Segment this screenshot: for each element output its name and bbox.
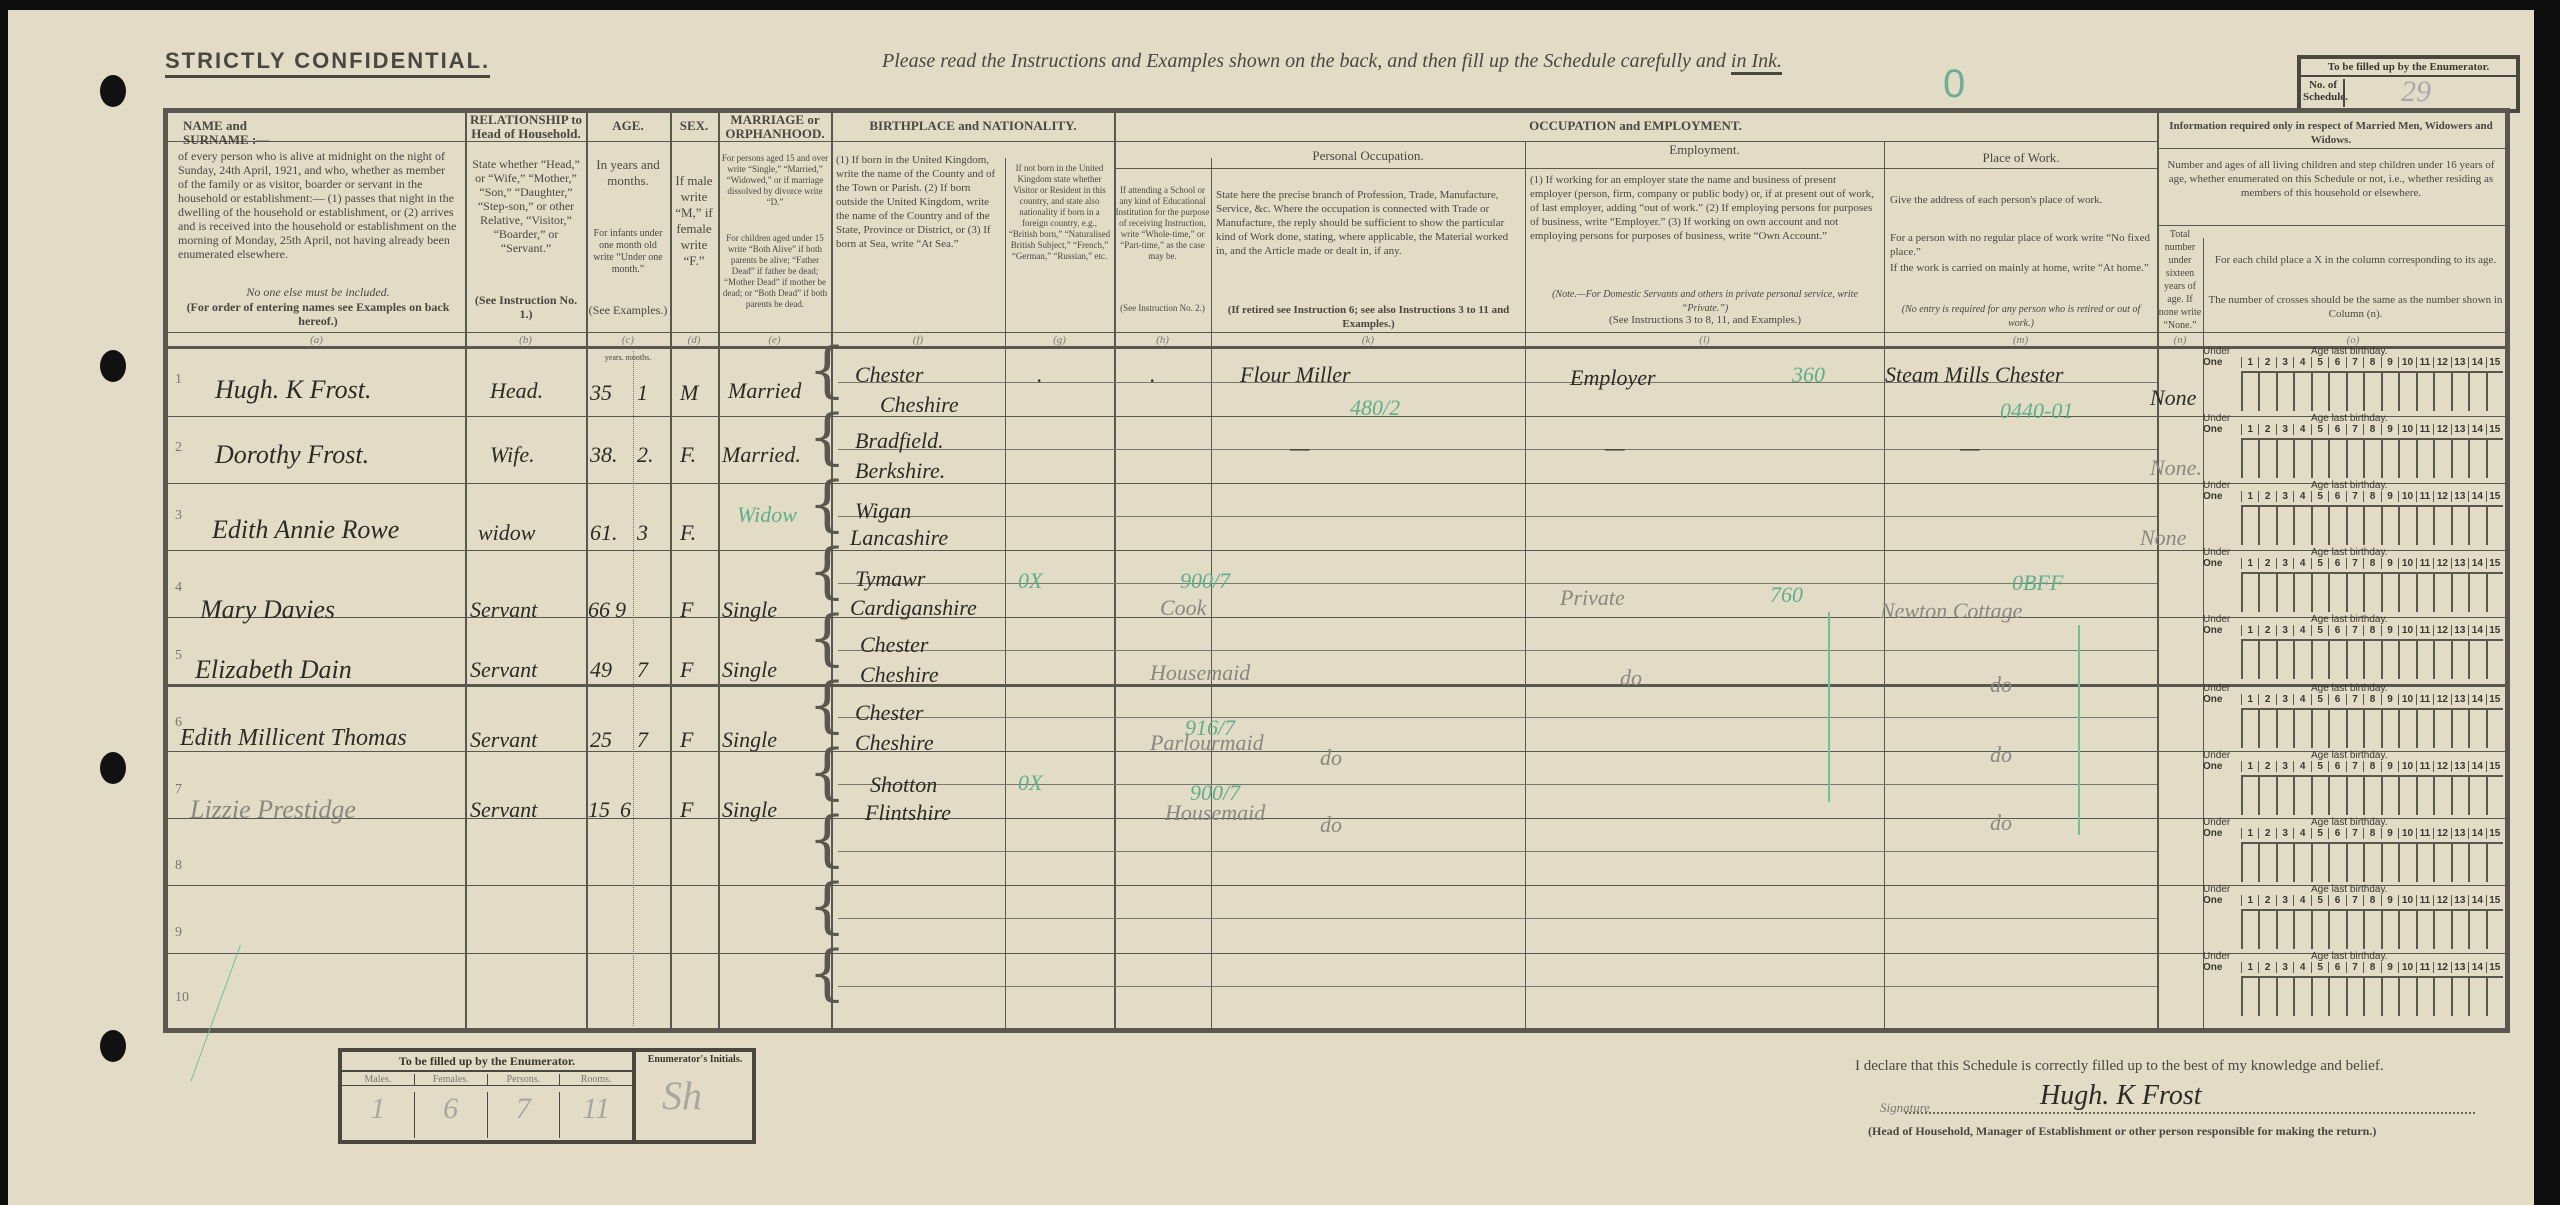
age-years: 61. bbox=[590, 520, 618, 546]
children-count: None bbox=[2140, 525, 2186, 551]
employment: — bbox=[1605, 435, 1625, 461]
col-letter-o: (o) bbox=[2203, 334, 2503, 346]
row-number: 7 bbox=[175, 782, 182, 798]
relationship: Servant bbox=[470, 657, 537, 683]
occupation-code: 916/7 bbox=[1185, 715, 1235, 741]
occupation-code: 480/2 bbox=[1350, 395, 1400, 421]
row-number: 8 bbox=[175, 858, 182, 874]
relationship: Servant bbox=[470, 797, 537, 823]
employment: do bbox=[1320, 745, 1342, 771]
col-e-title: MARRIAGE or ORPHANHOOD. bbox=[720, 113, 830, 141]
occupation: Cook bbox=[1160, 595, 1206, 621]
age-months: 2. bbox=[637, 442, 654, 468]
occupation-title: OCCUPATION and EMPLOYMENT. bbox=[1118, 119, 2153, 133]
occupation-code: 900/7 bbox=[1190, 780, 1240, 806]
punch-hole bbox=[100, 75, 126, 107]
schedule-number-label: No. of Schedule. bbox=[2303, 79, 2345, 107]
col-m-title: Place of Work. bbox=[1886, 151, 2156, 165]
col-k-note: (If retired see Instruction 6; see also … bbox=[1216, 303, 1521, 331]
birth-town: Chester bbox=[855, 362, 923, 388]
employment: do bbox=[1620, 665, 1642, 691]
sex: M bbox=[680, 380, 698, 406]
col-g-text: If not born in the United Kingdom state … bbox=[1007, 163, 1112, 262]
col-c-small: For infants under one month old write “U… bbox=[588, 228, 668, 276]
age-years: 25 bbox=[590, 727, 612, 753]
birth-county: Flintshire bbox=[865, 800, 951, 826]
sex: F bbox=[680, 657, 693, 683]
col-letter-f: (f) bbox=[831, 334, 1005, 346]
occupation: — bbox=[1290, 435, 1310, 461]
marital-status-correction: Widow bbox=[737, 502, 797, 528]
instructions-emphasis: in Ink. bbox=[1731, 50, 1782, 75]
col-a-note: No one else must be included. bbox=[178, 285, 458, 299]
person-name: Dorothy Frost. bbox=[215, 440, 369, 470]
summary-heading: To be filled up by the Enumerator. bbox=[342, 1052, 632, 1072]
col-c-note: (See Examples.) bbox=[588, 303, 668, 317]
signature: Hugh. K Frost bbox=[2040, 1080, 2202, 1112]
occupation-code: 900/7 bbox=[1180, 568, 1230, 594]
married-title: Information required only in respect of … bbox=[2161, 119, 2501, 147]
sex: F. bbox=[680, 520, 696, 546]
birth-county: Cardiganshire bbox=[850, 595, 977, 621]
census-table: NAME and SURNAME :— of every person who … bbox=[163, 108, 2510, 1033]
schedule-number-box: To be filled up by the Enumerator. No. o… bbox=[2297, 55, 2520, 113]
col-d-text: If male write “M,” if female write “F.” bbox=[672, 173, 716, 269]
col-l-text: (1) If working for an employer state the… bbox=[1530, 173, 1880, 243]
col-o-text2: The number of crosses should be the same… bbox=[2208, 293, 2503, 321]
place-code: 0440-01 bbox=[2000, 398, 2073, 424]
relationship: Servant bbox=[470, 597, 537, 623]
person-name: Edith Millicent Thomas bbox=[180, 725, 407, 752]
place-of-work: Newton Cottage bbox=[1880, 598, 2022, 624]
col-b-note: (See Instruction No. 1.) bbox=[468, 293, 584, 321]
marital-status: Single bbox=[722, 727, 777, 753]
relationship: Wife. bbox=[490, 442, 535, 468]
col-e-text: For persons aged 15 and over write “Sing… bbox=[720, 153, 830, 208]
birth-town: Chester bbox=[855, 700, 923, 726]
place-of-work: — bbox=[1960, 435, 1980, 461]
place-of-work: Steam Mills Chester bbox=[1885, 362, 2063, 388]
relationship: Servant bbox=[470, 727, 537, 753]
place-code: 0BFF bbox=[2012, 570, 2063, 596]
col-b-title: RELATIONSHIP to Head of Household. bbox=[468, 113, 584, 141]
initials-label: Enumerator's Initials. bbox=[638, 1054, 752, 1065]
person-name: Lizzie Prestidge bbox=[190, 795, 356, 825]
occupation: Housemaid bbox=[1150, 660, 1250, 686]
col-letter-l: (l) bbox=[1525, 334, 1884, 346]
col-c-text: In years and months. bbox=[588, 157, 668, 189]
punch-hole bbox=[100, 350, 126, 382]
employment-code: 360 bbox=[1792, 362, 1825, 388]
sex: F. bbox=[680, 442, 696, 468]
sex: F bbox=[680, 727, 693, 753]
birth-county: Berkshire. bbox=[855, 458, 945, 484]
place-of-work: do bbox=[1990, 672, 2012, 698]
col-a-title: NAME and SURNAME :— bbox=[183, 119, 293, 147]
age-years: 49 bbox=[590, 657, 612, 683]
person-name: Mary Davies bbox=[200, 595, 335, 625]
col-l-title: Employment. bbox=[1527, 143, 1882, 157]
col-n-text: Total number under sixteen years of age.… bbox=[2158, 228, 2202, 332]
place-of-work: do bbox=[1990, 742, 2012, 768]
enumerator-summary-box: To be filled up by the Enumerator. Enume… bbox=[338, 1048, 756, 1144]
birth-town: Chester bbox=[860, 632, 928, 658]
page-title: STRICTLY CONFIDENTIAL. bbox=[165, 48, 490, 78]
col-o-text: For each child place a X in the column c… bbox=[2208, 253, 2503, 267]
row-number: 4 bbox=[175, 580, 182, 596]
col-letter-a: (a) bbox=[168, 334, 465, 346]
relationship: widow bbox=[478, 520, 535, 546]
col-letter-m: (m) bbox=[1884, 334, 2157, 346]
instructions-text: Please read the Instructions and Example… bbox=[882, 50, 1731, 72]
col-m-note: (No entry is required for any person who… bbox=[1890, 303, 2152, 331]
age-months: 1 bbox=[637, 380, 648, 406]
col-d-title: SEX. bbox=[672, 119, 716, 133]
row-number: 3 bbox=[175, 508, 182, 524]
row-number: 1 bbox=[175, 372, 182, 388]
signature-line bbox=[1905, 1112, 2475, 1114]
employment-code: 760 bbox=[1770, 582, 1803, 608]
annotation-line bbox=[2078, 625, 2080, 835]
relationship: Head. bbox=[490, 378, 543, 404]
annotation-line bbox=[1828, 612, 1830, 802]
sex: F bbox=[680, 597, 693, 623]
nationality-code: 0X bbox=[1018, 568, 1042, 594]
age-months: 3 bbox=[637, 520, 648, 546]
declaration-text: I declare that this Schedule is correctl… bbox=[1855, 1058, 2384, 1075]
age-years: 35 bbox=[590, 380, 612, 406]
row-number: 5 bbox=[175, 648, 182, 664]
col-c-title: AGE. bbox=[588, 119, 668, 133]
col-letter-c: (c) bbox=[586, 334, 670, 346]
col-m-text2: For a person with no regular place of wo… bbox=[1890, 231, 2152, 259]
col-l-note2: (See Instructions 3 to 8, 11, and Exampl… bbox=[1530, 313, 1880, 327]
person-name: Elizabeth Dain bbox=[195, 655, 352, 685]
punch-hole bbox=[100, 752, 126, 784]
birth-town: Wigan bbox=[855, 498, 911, 524]
birth-town: Tymawr bbox=[855, 566, 926, 592]
instructions-line: Please read the Instructions and Example… bbox=[882, 50, 1782, 73]
education: . bbox=[1150, 362, 1156, 388]
occupation: Flour Miller bbox=[1240, 362, 1351, 388]
sex: F bbox=[680, 797, 693, 823]
place-of-work: do bbox=[1990, 810, 2012, 836]
age-subheader: years. months. bbox=[588, 351, 668, 365]
col-m-text: Give the address of each person's place … bbox=[1890, 193, 2152, 207]
persons-label: Persons. bbox=[488, 1074, 561, 1085]
col-letter-h: (h) bbox=[1114, 334, 1211, 346]
age-years: 15 bbox=[588, 797, 610, 823]
col-letter-g: (g) bbox=[1005, 334, 1114, 346]
marital-status: Single bbox=[722, 597, 777, 623]
col-letter-n: (n) bbox=[2157, 334, 2203, 346]
marital-status: Married bbox=[728, 378, 801, 404]
col-letter-d: (d) bbox=[670, 334, 718, 346]
col-l-note: (Note.—For Domestic Servants and others … bbox=[1530, 288, 1880, 316]
males-label: Males. bbox=[342, 1074, 415, 1085]
married-text: Number and ages of all living children a… bbox=[2166, 158, 2496, 200]
col-h-text: If attending a School or any kind of Edu… bbox=[1115, 185, 1210, 262]
age-months: 6 bbox=[620, 797, 631, 823]
birth-county: Cheshire bbox=[860, 662, 939, 688]
punch-hole bbox=[100, 1030, 126, 1062]
col-letter-k: (k) bbox=[1211, 334, 1525, 346]
col-letter-b: (b) bbox=[465, 334, 586, 346]
females-label: Females. bbox=[415, 1074, 488, 1085]
children-count: None. bbox=[2150, 455, 2202, 481]
col-a-text: of every person who is alive at midnight… bbox=[178, 149, 458, 261]
males-count: 1 bbox=[342, 1092, 415, 1138]
nationality: . bbox=[1037, 362, 1043, 388]
col-m-text3: If the work is carried on mainly at home… bbox=[1890, 261, 2152, 275]
birth-town: Bradfield. bbox=[855, 428, 944, 454]
birthplace-title: BIRTHPLACE and NATIONALITY. bbox=[833, 119, 1113, 133]
employment: Private bbox=[1560, 585, 1625, 611]
birth-county: Cheshire bbox=[855, 730, 934, 756]
persons-count: 7 bbox=[488, 1092, 561, 1138]
row-number: 2 bbox=[175, 440, 182, 456]
col-a-note2: (For order of entering names see Example… bbox=[178, 300, 458, 328]
marital-status: Married. bbox=[722, 442, 801, 468]
rooms-count: 11 bbox=[560, 1092, 632, 1138]
age-months: 7 bbox=[637, 657, 648, 683]
row-number: 10 bbox=[175, 990, 189, 1006]
females-count: 6 bbox=[415, 1092, 488, 1138]
col-k-title: Personal Occupation. bbox=[1213, 149, 1523, 163]
person-name: Edith Annie Rowe bbox=[212, 515, 399, 545]
enumerator-initials: Sh bbox=[662, 1072, 702, 1119]
col-e-text2: For children aged under 15 write “Both A… bbox=[720, 233, 830, 310]
col-k-text: State here the precise branch of Profess… bbox=[1216, 188, 1521, 258]
age-years: 38. bbox=[590, 442, 618, 468]
age-months: 9 bbox=[615, 597, 626, 623]
row-number: 9 bbox=[175, 925, 182, 941]
children-count: None bbox=[2150, 385, 2196, 411]
col-h-note: (See Instruction No. 2.) bbox=[1115, 303, 1210, 314]
birth-county: Cheshire bbox=[880, 392, 959, 418]
rooms-label: Rooms. bbox=[560, 1074, 632, 1085]
employment: Employer bbox=[1570, 365, 1656, 391]
signature-footnote: (Head of Household, Manager of Establish… bbox=[1868, 1124, 2376, 1139]
age-years: 66 bbox=[588, 597, 610, 623]
schedule-number-value: 29 bbox=[2401, 75, 2431, 109]
person-name: Hugh. K Frost. bbox=[215, 375, 372, 405]
nationality-code: 0X bbox=[1018, 770, 1042, 796]
age-months: 7 bbox=[637, 727, 648, 753]
col-f-text: (1) If born in the United Kingdom, write… bbox=[836, 153, 1002, 251]
birth-county: Lancashire bbox=[850, 525, 948, 551]
birth-town: Shotton bbox=[870, 772, 937, 798]
enumerator-mark: 0 bbox=[1943, 62, 1965, 107]
marital-status: Single bbox=[722, 657, 777, 683]
col-b-text: State whether “Head,” or “Wife,” “Mother… bbox=[468, 157, 584, 255]
employment: do bbox=[1320, 812, 1342, 838]
marital-status: Single bbox=[722, 797, 777, 823]
